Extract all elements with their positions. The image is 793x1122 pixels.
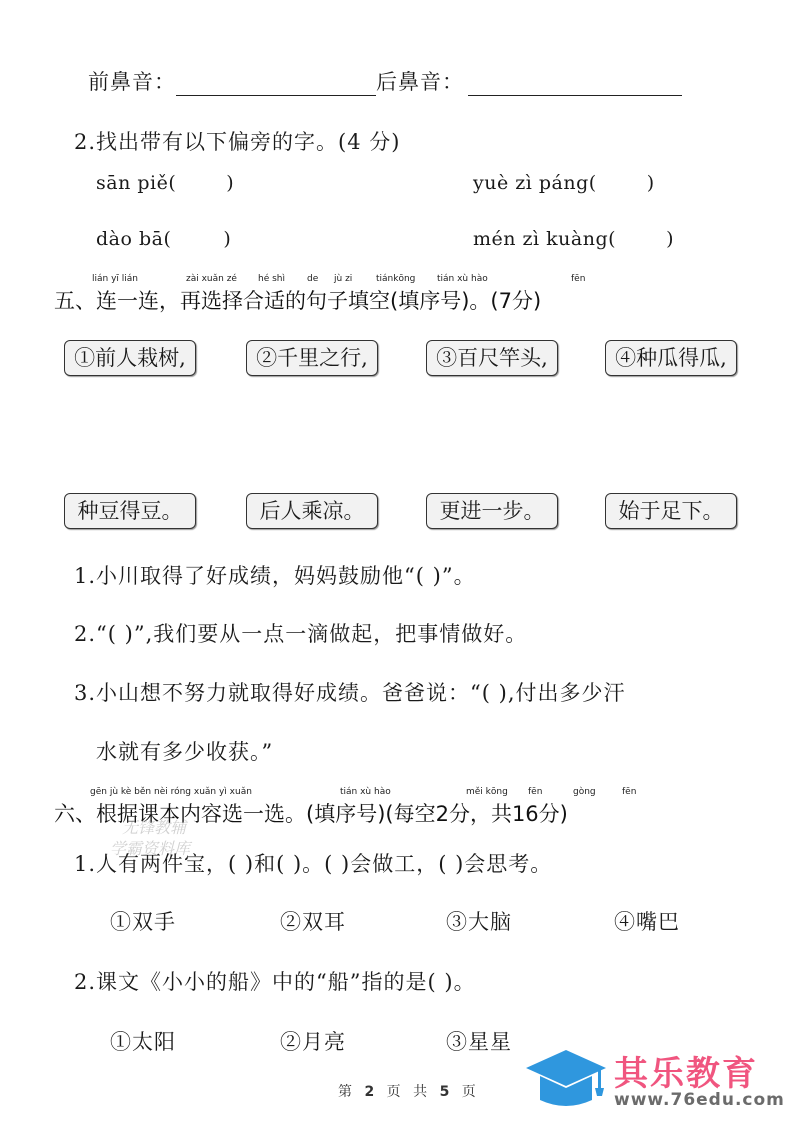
total-pages: 5 <box>440 1084 454 1100</box>
q2-title: 2.找出带有以下偏旁的字。(4 分) <box>74 126 400 156</box>
q2-option-1: ①太阳 <box>110 1026 176 1056</box>
match-card-bottom-4[interactable]: 始于足下。 <box>605 493 737 529</box>
section5-question-3-cont: 水就有多少收获。” <box>96 736 273 766</box>
match-card-top-1[interactable]: ①前人栽树, <box>64 340 196 376</box>
current-page: 2 <box>364 1084 378 1100</box>
front-nasal-answer-line[interactable] <box>176 73 376 96</box>
radical-item: mén zì kuàng() <box>473 228 674 250</box>
q2-option-3: ③星星 <box>446 1026 512 1056</box>
section6-question-2: 2.课文《小小的船》中的“船”指的是( )。 <box>74 966 476 996</box>
section5-heading: 五、连一连，再选择合适的句子填空(填序号)。(7分) <box>54 285 541 315</box>
q2-option-2: ②月亮 <box>280 1026 346 1056</box>
match-card-top-3[interactable]: ③百尺竿头, <box>426 340 558 376</box>
q1-option-2: ②双耳 <box>280 906 346 936</box>
watermark-line-1: 无锋教辅 <box>122 815 186 838</box>
radical-item: yuè zì páng() <box>473 172 655 194</box>
nasal-row: 前鼻音：后鼻音： <box>88 66 682 96</box>
graduation-cap-icon <box>522 1042 612 1112</box>
radical-pinyin: sān piě( <box>96 172 176 194</box>
brand-url: www.76edu.com <box>614 1090 785 1110</box>
radical-pinyin: mén zì kuàng( <box>473 228 616 250</box>
match-card-bottom-2[interactable]: 后人乘凉。 <box>246 493 378 529</box>
section5-question-3: 3.小山想不努力就取得好成绩。爸爸说：“( ),付出多少汗 <box>74 677 626 707</box>
q1-option-4: ④嘴巴 <box>614 906 680 936</box>
q1-option-3: ③大脑 <box>446 906 512 936</box>
match-card-bottom-1[interactable]: 种豆得豆。 <box>64 493 196 529</box>
front-nasal-label: 前鼻音： <box>88 70 176 94</box>
radical-item: sān piě() <box>96 172 234 194</box>
brand-logo: 其乐教育 www.76edu.com <box>520 1030 793 1122</box>
page-number: 第 2 页 共 5 页 <box>338 1081 480 1101</box>
radical-pinyin: dào bā( <box>96 228 171 250</box>
match-card-top-2[interactable]: ②千里之行, <box>246 340 378 376</box>
section6-question-1: 1.人有两件宝，( )和( )。( )会做工，( )会思考。 <box>74 848 552 878</box>
brand-name: 其乐教育 <box>614 1046 758 1095</box>
match-card-top-4[interactable]: ④种瓜得瓜, <box>605 340 737 376</box>
back-nasal-label: 后鼻音： <box>376 70 464 94</box>
radical-pinyin: yuè zì páng( <box>473 172 597 194</box>
section5-question-1: 1.小川取得了好成绩，妈妈鼓励他“( )”。 <box>74 560 476 590</box>
q1-option-1: ①双手 <box>110 906 176 936</box>
section5-question-2: 2.“( )”,我们要从一点一滴做起，把事情做好。 <box>74 618 527 648</box>
radical-item: dào bā() <box>96 228 231 250</box>
back-nasal-answer-line[interactable] <box>468 73 682 96</box>
match-card-bottom-3[interactable]: 更进一步。 <box>426 493 558 529</box>
